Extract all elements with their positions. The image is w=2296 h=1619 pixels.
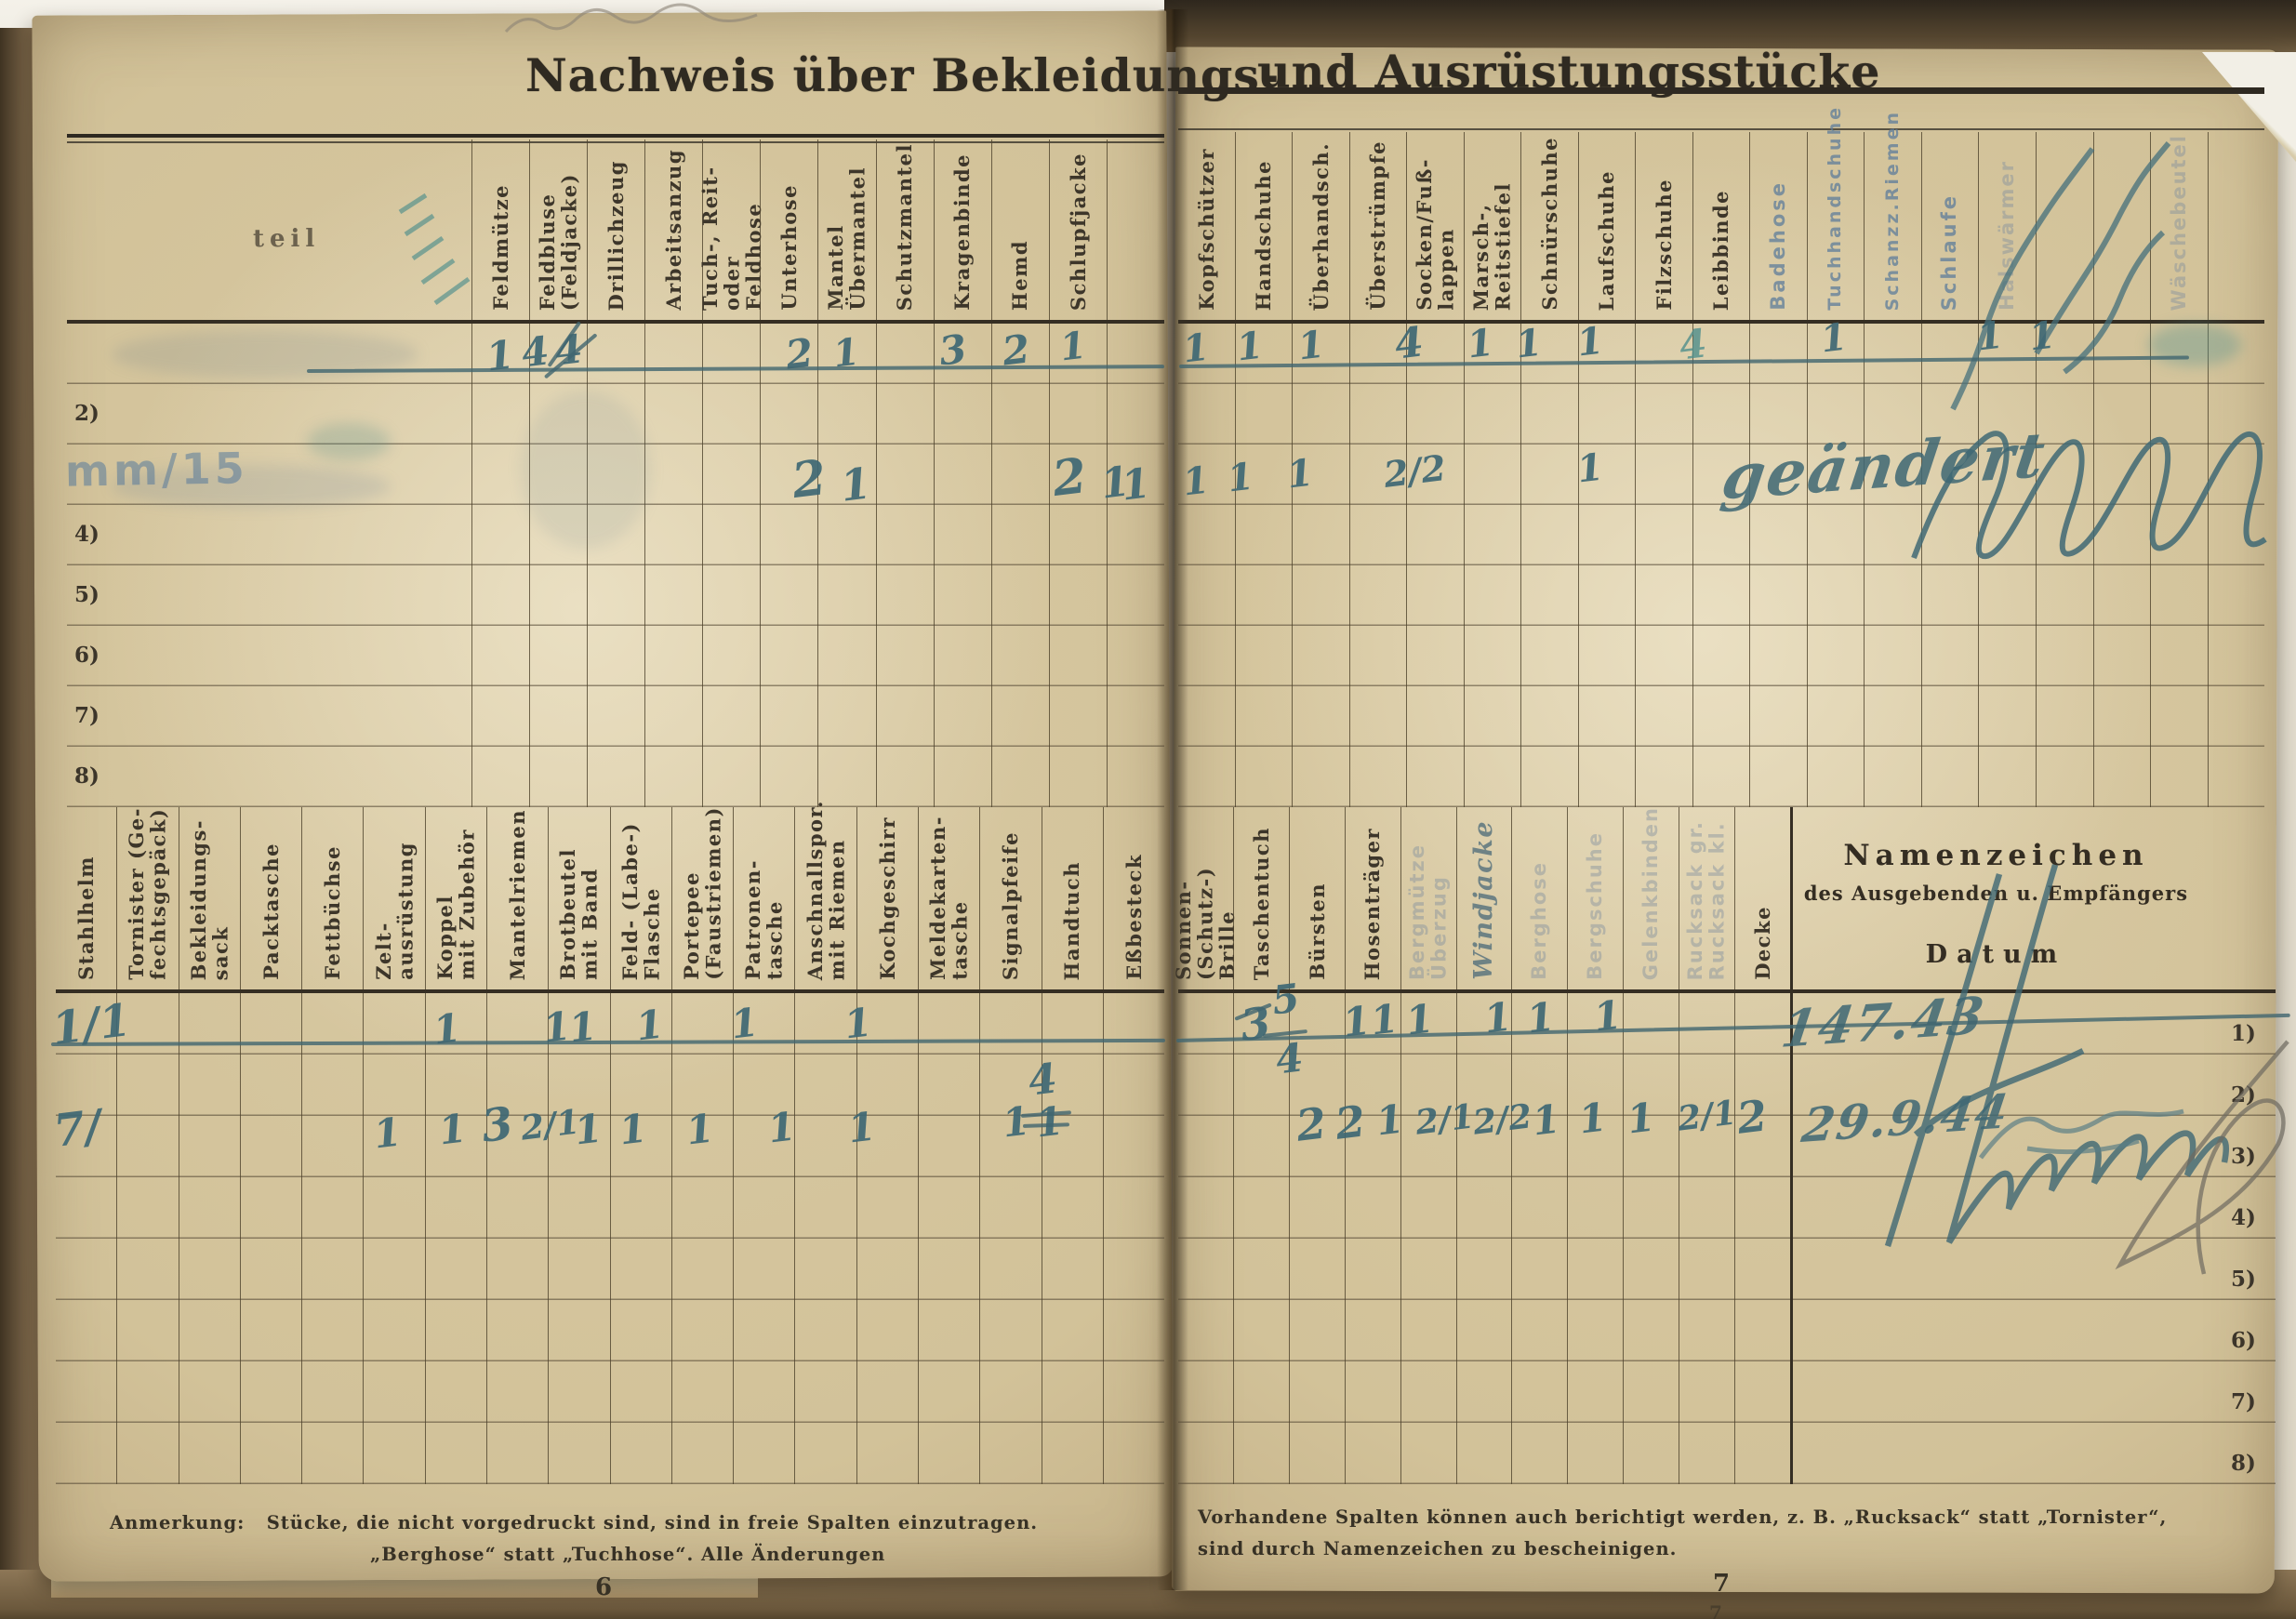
scanned-soldbuch-spread: Nachweis über Bekleidungs- und Ausrüstun…: [0, 0, 2296, 1619]
footnote-left-line1: Stücke, die nicht vorgedruckt sind, sind…: [267, 1512, 1038, 1533]
handwritten-entry: 3: [479, 1101, 515, 1149]
handwritten-entry: 1: [1181, 461, 1212, 501]
header-scrawl-right-page: [1925, 130, 2204, 418]
body-column-meldekarten-tasche: [918, 993, 979, 1484]
body-column-sonnen-schutz-brille: [1178, 993, 1233, 1484]
column-header-bergschuhe: Bergschuhe: [1567, 807, 1623, 989]
column-label: Brotbeutel mit Band: [557, 848, 601, 980]
table-header-row: StahlhelmTornister (Ge- fechtsgepäck)Bek…: [56, 807, 1164, 993]
handwritten-entry: 1: [437, 1108, 469, 1150]
column-label: Zelt- ausrüstung: [373, 842, 417, 980]
column-label: Arbeitsanzug: [663, 149, 685, 311]
column-header-tornister-ge-fechtsgepäck: Tornister (Ge- fechtsgepäck): [116, 807, 178, 989]
column-label: Leibbinde: [1710, 190, 1732, 311]
row-number-label: 8): [2231, 1451, 2256, 1476]
handwritten-entry: 1: [1575, 322, 1606, 362]
body-column-hemd: [991, 324, 1049, 807]
column-header-zelt-ausrüstung: Zelt- ausrüstung: [363, 807, 424, 989]
column-header-schlupfjacke: Schlupfjacke: [1049, 139, 1107, 320]
column-header-gelenkbinden: Gelenkbinden: [1623, 807, 1679, 989]
column-header-eßbesteck: Eßbesteck: [1103, 807, 1164, 989]
handwritten-entry: 1: [573, 1108, 604, 1150]
column-header-schanzz-riemen: Schanzz.Riemen: [1864, 132, 1921, 320]
footnote-left-label: Anmerkung:: [110, 1512, 245, 1533]
column-header-meldekarten-tasche: Meldekarten- tasche: [918, 807, 979, 989]
column-label: Bürsten: [1307, 882, 1329, 980]
table-header-row: teilFeldmützeFeldbluse (Feldjacke)Drilli…: [67, 139, 1164, 324]
handwritten-entry: 1: [838, 461, 872, 508]
column-header-schnürschuhe: Schnürschuhe: [1520, 132, 1578, 320]
column-header-portepee-faustriemen: Portepee (Faustriemen): [671, 807, 733, 989]
handwritten-entry: 2/1: [1413, 1099, 1476, 1139]
handwritten-entry: 1: [1058, 326, 1089, 366]
handwritten-entry: 1: [684, 1108, 716, 1150]
column-label: Laufschuhe: [1596, 170, 1618, 311]
column-header-schutzmantel: Schutzmantel: [876, 139, 934, 320]
column-label: Fettbüchse: [322, 845, 344, 980]
handwritten-entry: 1: [1575, 448, 1606, 488]
body-column-filzschuhe: [1635, 324, 1692, 807]
stain: [521, 391, 651, 549]
column-header-packtasche: Packtasche: [240, 807, 301, 989]
row-number-label: 6): [2231, 1328, 2256, 1353]
column-label: Meldekarten- tasche: [927, 816, 971, 980]
column-header-mantel-übermantel: Mantel Übermantel: [817, 139, 875, 320]
column-label: Überhandsch.: [1310, 142, 1333, 311]
column-label: Socken/Fuß- lappen: [1413, 158, 1457, 311]
handwritten-entry: 2: [1734, 1094, 1769, 1140]
row-number-label: 4): [74, 522, 100, 547]
body-column-mantel-übermantel: [817, 324, 875, 807]
handwritten-entry: 7/: [51, 1104, 103, 1154]
body-column-eßbesteck: [1103, 993, 1164, 1484]
column-label: Decke: [1752, 906, 1774, 980]
column-header-decke: Decke: [1734, 807, 1790, 989]
column-label: Signalpfeife: [1000, 831, 1022, 980]
stray-mark: 7: [1709, 1601, 1722, 1619]
column-header-signalpfeife: Signalpfeife: [979, 807, 1041, 989]
body-column-laufschuhe: [1578, 324, 1636, 807]
column-label: Gelenkbinden: [1640, 806, 1663, 980]
page-number-right: 7: [1713, 1570, 1730, 1598]
handwritten-entry: 4: [1026, 1058, 1059, 1102]
handwritten-entry: 2/2: [1471, 1099, 1533, 1139]
column-label: Bergmütze Überzug: [1407, 843, 1451, 980]
body-column-hosenträger: [1345, 993, 1400, 1484]
body-column-rucksack-gr-rucksack-kl: [1679, 993, 1734, 1484]
column-header-bergmütze-überzug: Bergmütze Überzug: [1400, 807, 1456, 989]
body-column-badehose: [1749, 324, 1807, 807]
column-header-windjacke: Windjacke: [1456, 807, 1512, 989]
column-label: Kopfschützer: [1196, 148, 1218, 311]
handwritten-entry: 2: [1333, 1099, 1367, 1146]
handwritten-entry: 1: [1466, 324, 1496, 364]
column-header-bekleidungs-sack: Bekleidungs- sack: [179, 807, 240, 989]
handwritten-entry: 2/2: [1382, 450, 1448, 493]
body-column-anschnallspor-mit-riemen: [794, 993, 856, 1484]
body-column-kochgeschirr: [856, 993, 918, 1484]
handwritten-entry: 4: [1274, 1038, 1306, 1080]
column-header-rucksack-gr-rucksack-kl: Rucksack gr. Rucksack kl.: [1679, 807, 1734, 989]
column-header-überstrümpfe: Überstrümpfe: [1349, 132, 1407, 320]
handwritten-entry: 2: [790, 454, 829, 506]
column-label: Taschentuch: [1251, 827, 1273, 980]
body-column-leibbinde: [1692, 324, 1750, 807]
handwritten-entry: 1: [1514, 324, 1545, 364]
body-column-col: [1107, 324, 1164, 807]
handwritten-entry: 2: [1294, 1101, 1328, 1148]
column-label: Schutzmantel: [894, 143, 916, 311]
column-label: Tornister (Ge- fechtsgepäck): [126, 807, 169, 980]
column-label: Überstrümpfe: [1367, 140, 1389, 311]
column-header-bürsten: Bürsten: [1289, 807, 1345, 989]
column-label: Schnürschuhe: [1539, 137, 1561, 311]
body-column-marsch-reitstiefel: [1464, 324, 1521, 807]
column-label: Mantelriemen: [507, 809, 529, 980]
handwritten-entry: 1: [846, 1107, 878, 1148]
handwritten-entry: 1: [2027, 316, 2058, 356]
handwritten-entry: 1: [1296, 325, 1327, 365]
column-header-handschuhe: Handschuhe: [1235, 132, 1293, 320]
handwritten-entry: 1: [1001, 1101, 1032, 1143]
title-rule-right: [1178, 87, 2264, 94]
title-rule-left: [67, 134, 1164, 138]
column-label: Kochgeschirr: [877, 816, 899, 980]
handwritten-entry: 1: [1819, 318, 1850, 358]
column-header-hosenträger: Hosenträger: [1345, 807, 1400, 989]
column-header-col: [1107, 139, 1164, 320]
handwritten-entry: 29.9.44: [1799, 1088, 2012, 1149]
body-column-zelt-ausrüstung: [363, 993, 424, 1484]
column-label: Bekleidungs- sack: [188, 819, 232, 980]
column-label: Patronen- tasche: [742, 859, 786, 980]
column-label: Mantel Übermantel: [825, 166, 869, 311]
body-column-koppel-mit-zubehör: [425, 993, 486, 1484]
column-label: Berghose: [1529, 861, 1551, 980]
footnote-right-line2: sind durch Namenzeichen zu bescheinigen.: [1198, 1538, 1677, 1559]
column-label: Schanzz.Riemen: [1883, 110, 1903, 311]
column-label: Portepee (Faustriemen): [681, 806, 724, 980]
column-header-tuch-reit-oder-feldhose: Tuch-, Reit- oder Feldhose: [702, 139, 760, 320]
body-column-windjacke: [1456, 993, 1512, 1484]
column-label: Rucksack gr. Rucksack kl.: [1685, 820, 1729, 980]
body-column-gelenkbinden: [1623, 993, 1679, 1484]
column-label: Sonnen- (Schutz-) Brille: [1173, 807, 1239, 980]
column-label: Koppel mit Zubehör: [434, 829, 478, 980]
body-column-unterhose: [760, 324, 817, 807]
column-header-überhandsch: Überhandsch.: [1292, 132, 1349, 320]
column-label: Stahlhelm: [75, 856, 98, 980]
handwritten-entry: 1: [766, 1107, 798, 1148]
erased-entry-smudge: [307, 423, 391, 460]
table-body: [56, 993, 1164, 1484]
column-header-feld-labe-flasche: Feld- (Labe-) Flasche: [610, 807, 671, 989]
column-header-brotbeutel-mit-band: Brotbeutel mit Band: [548, 807, 609, 989]
body-column-handschuhe: [1235, 324, 1293, 807]
column-label: Unterhose: [778, 184, 801, 311]
column-label: Tuch-, Reit- oder Feldhose: [699, 139, 765, 311]
handwritten-entry: 1: [1119, 463, 1152, 507]
column-header-berghose: Berghose: [1511, 807, 1567, 989]
body-column-portepee-faustriemen: [671, 993, 733, 1484]
body-column-schnürschuhe: [1520, 324, 1578, 807]
body-column-feld-labe-flasche: [610, 993, 671, 1484]
body-column-patronen-tasche: [733, 993, 794, 1484]
footnote-right-line1: Vorhandene Spalten können auch berichtig…: [1198, 1506, 2167, 1528]
body-column-überhandsch: [1292, 324, 1349, 807]
body-column-tuch-reit-oder-feldhose: [702, 324, 760, 807]
column-header-kochgeschirr: Kochgeschirr: [856, 807, 918, 989]
body-column-tornister-ge-fechtsgepäck: [116, 993, 178, 1484]
handwritten-entry: 4: [1392, 322, 1426, 365]
handwritten-entry: 2/1: [1676, 1095, 1738, 1135]
handwritten-entry: 1: [372, 1112, 404, 1154]
body-column-schutzmantel: [876, 324, 934, 807]
body-column-tuchhandschuhe: [1807, 324, 1865, 807]
column-label: Windjacke: [1470, 820, 1498, 980]
handwritten-entry: 1: [1226, 458, 1256, 498]
column-header-filzschuhe: Filzschuhe: [1635, 132, 1692, 320]
row-number-label: 8): [74, 763, 100, 789]
column-label: Bergschuhe: [1585, 831, 1607, 980]
column-header-socken-fuß-lappen: Socken/Fuß- lappen: [1406, 132, 1464, 320]
column-header-patronen-tasche: Patronen- tasche: [733, 807, 794, 989]
row-number-label: 6): [74, 643, 100, 668]
column-label: Drillichzeug: [605, 160, 628, 311]
handwritten-entry: 1: [1626, 1097, 1657, 1139]
handwritten-entry: 1: [843, 1002, 874, 1044]
column-header-taschentuch: Taschentuch: [1233, 807, 1289, 989]
column-label: Anschnallspor. mit Riemen: [804, 800, 848, 980]
teal-hatch-marks: [391, 186, 484, 307]
equipment-table-bottom-left: StahlhelmTornister (Ge- fechtsgepäck)Bek…: [56, 807, 1164, 1484]
row-number-label: 5): [74, 582, 100, 607]
column-label: Filzschuhe: [1653, 179, 1676, 311]
handwritten-entry: 1: [1285, 454, 1316, 494]
column-label: Handschuhe: [1253, 160, 1275, 311]
body-column-brotbeutel-mit-band: [548, 993, 609, 1484]
column-label: Badehose: [1768, 180, 1790, 311]
body-column-bekleidungs-sack: [179, 993, 240, 1484]
column-label: Hosenträger: [1361, 828, 1384, 980]
column-header-anschnallspor-mit-riemen: Anschnallspor. mit Riemen: [794, 807, 856, 989]
column-label: Feld- (Labe-) Flasche: [619, 822, 663, 980]
column-header-drillichzeug: Drillichzeug: [587, 139, 644, 320]
row-number-label: 7): [74, 703, 100, 728]
column-header-koppel-mit-zubehör: Koppel mit Zubehör: [425, 807, 486, 989]
column-label: Feldmütze: [490, 184, 512, 311]
body-column-stahlhelm: [56, 993, 116, 1484]
column-header-kopfschützer: Kopfschützer: [1178, 132, 1235, 320]
body-column-kopfschützer: [1178, 324, 1235, 807]
handwritten-entry: 1: [1181, 328, 1212, 368]
body-column-überstrümpfe: [1349, 324, 1407, 807]
handwritten-entry: 1: [617, 1108, 649, 1150]
column-header-arbeitsanzug: Arbeitsanzug: [644, 139, 702, 320]
column-header-unterhose: Unterhose: [760, 139, 817, 320]
column-header-fettbüchse: Fettbüchse: [301, 807, 363, 989]
column-label: Kragenbinde: [951, 153, 974, 311]
pencil-scribble-top-edge: [502, 4, 763, 45]
handwritten-entry: 1: [1577, 1097, 1609, 1139]
column-label: Marsch-, Reitstiefel: [1470, 182, 1514, 311]
body-column-decke: [1734, 993, 1790, 1484]
column-header-stahlhelm: Stahlhelm: [56, 807, 116, 989]
handwritten-entry: 1: [1975, 316, 2006, 356]
column-header-handtuch: Handtuch: [1042, 807, 1103, 989]
footnote-left-line2: „Berghose“ statt „Tuchhose“. Alle Änderu…: [370, 1544, 885, 1565]
body-column-kragenbinde: [934, 324, 991, 807]
column-label: Schlupfjacke: [1068, 153, 1090, 311]
row-number-label: 7): [2231, 1389, 2256, 1414]
column-header-badehose: Badehose: [1749, 132, 1807, 320]
column-header-leibbinde: Leibbinde: [1692, 132, 1750, 320]
column-header-tuchhandschuhe: Tuchhandschuhe: [1807, 132, 1865, 320]
handwritten-entry: 1: [1531, 1099, 1562, 1141]
table-body: [67, 324, 1164, 807]
column-header-sonnen-schutz-brille: Sonnen- (Schutz-) Brille: [1178, 807, 1233, 989]
column-label: Handtuch: [1061, 861, 1083, 980]
stub-column-label: teil: [253, 225, 320, 253]
column-header-hemd: Hemd: [991, 139, 1049, 320]
column-header-laufschuhe: Laufschuhe: [1578, 132, 1636, 320]
column-label: Eßbesteck: [1123, 854, 1146, 980]
column-header-mantelriemen: Mantelriemen: [486, 807, 548, 989]
column-header-marsch-reitstiefel: Marsch-, Reitstiefel: [1464, 132, 1521, 320]
column-header-col: [2208, 132, 2265, 320]
handwritten-entry: 1: [729, 1002, 761, 1044]
column-label: Packtasche: [260, 843, 283, 980]
body-column-berghose: [1511, 993, 1567, 1484]
handwritten-entry: 1: [1374, 1099, 1406, 1141]
handwritten-entry: 5: [1270, 978, 1302, 1020]
column-label: Hemd: [1009, 240, 1031, 311]
body-column-packtasche: [240, 993, 301, 1484]
handwritten-entry: 2: [1050, 452, 1089, 504]
body-column-bergschuhe: [1567, 993, 1623, 1484]
page-title-left: Nachweis über Bekleidungs-: [525, 48, 1280, 102]
column-label: Feldbluse (Feldjacke): [537, 173, 580, 311]
body-column-feldmütze: [471, 324, 529, 807]
footnote-left: Anmerkung: Stücke, die nicht vorgedruckt…: [110, 1512, 1038, 1533]
body-column-mantelriemen: [486, 993, 548, 1484]
column-label: Tuchhandschuhe: [1825, 105, 1845, 311]
handwritten-entry: mm/15: [65, 446, 248, 492]
body-column-fettbüchse: [301, 993, 363, 1484]
handwritten-entry: 1: [1235, 326, 1266, 366]
body-column-arbeitsanzug: [644, 324, 702, 807]
column-header-feldbluse-feldjacke: Feldbluse (Feldjacke): [529, 139, 587, 320]
column-header-kragenbinde: Kragenbinde: [934, 139, 991, 320]
body-column-socken-fuß-lappen: [1406, 324, 1464, 807]
row-number-label: 2): [74, 401, 100, 426]
body-column-schlupfjacke: [1049, 324, 1107, 807]
page-number-left: 6: [595, 1573, 612, 1601]
body-column-bergmütze-überzug: [1400, 993, 1456, 1484]
